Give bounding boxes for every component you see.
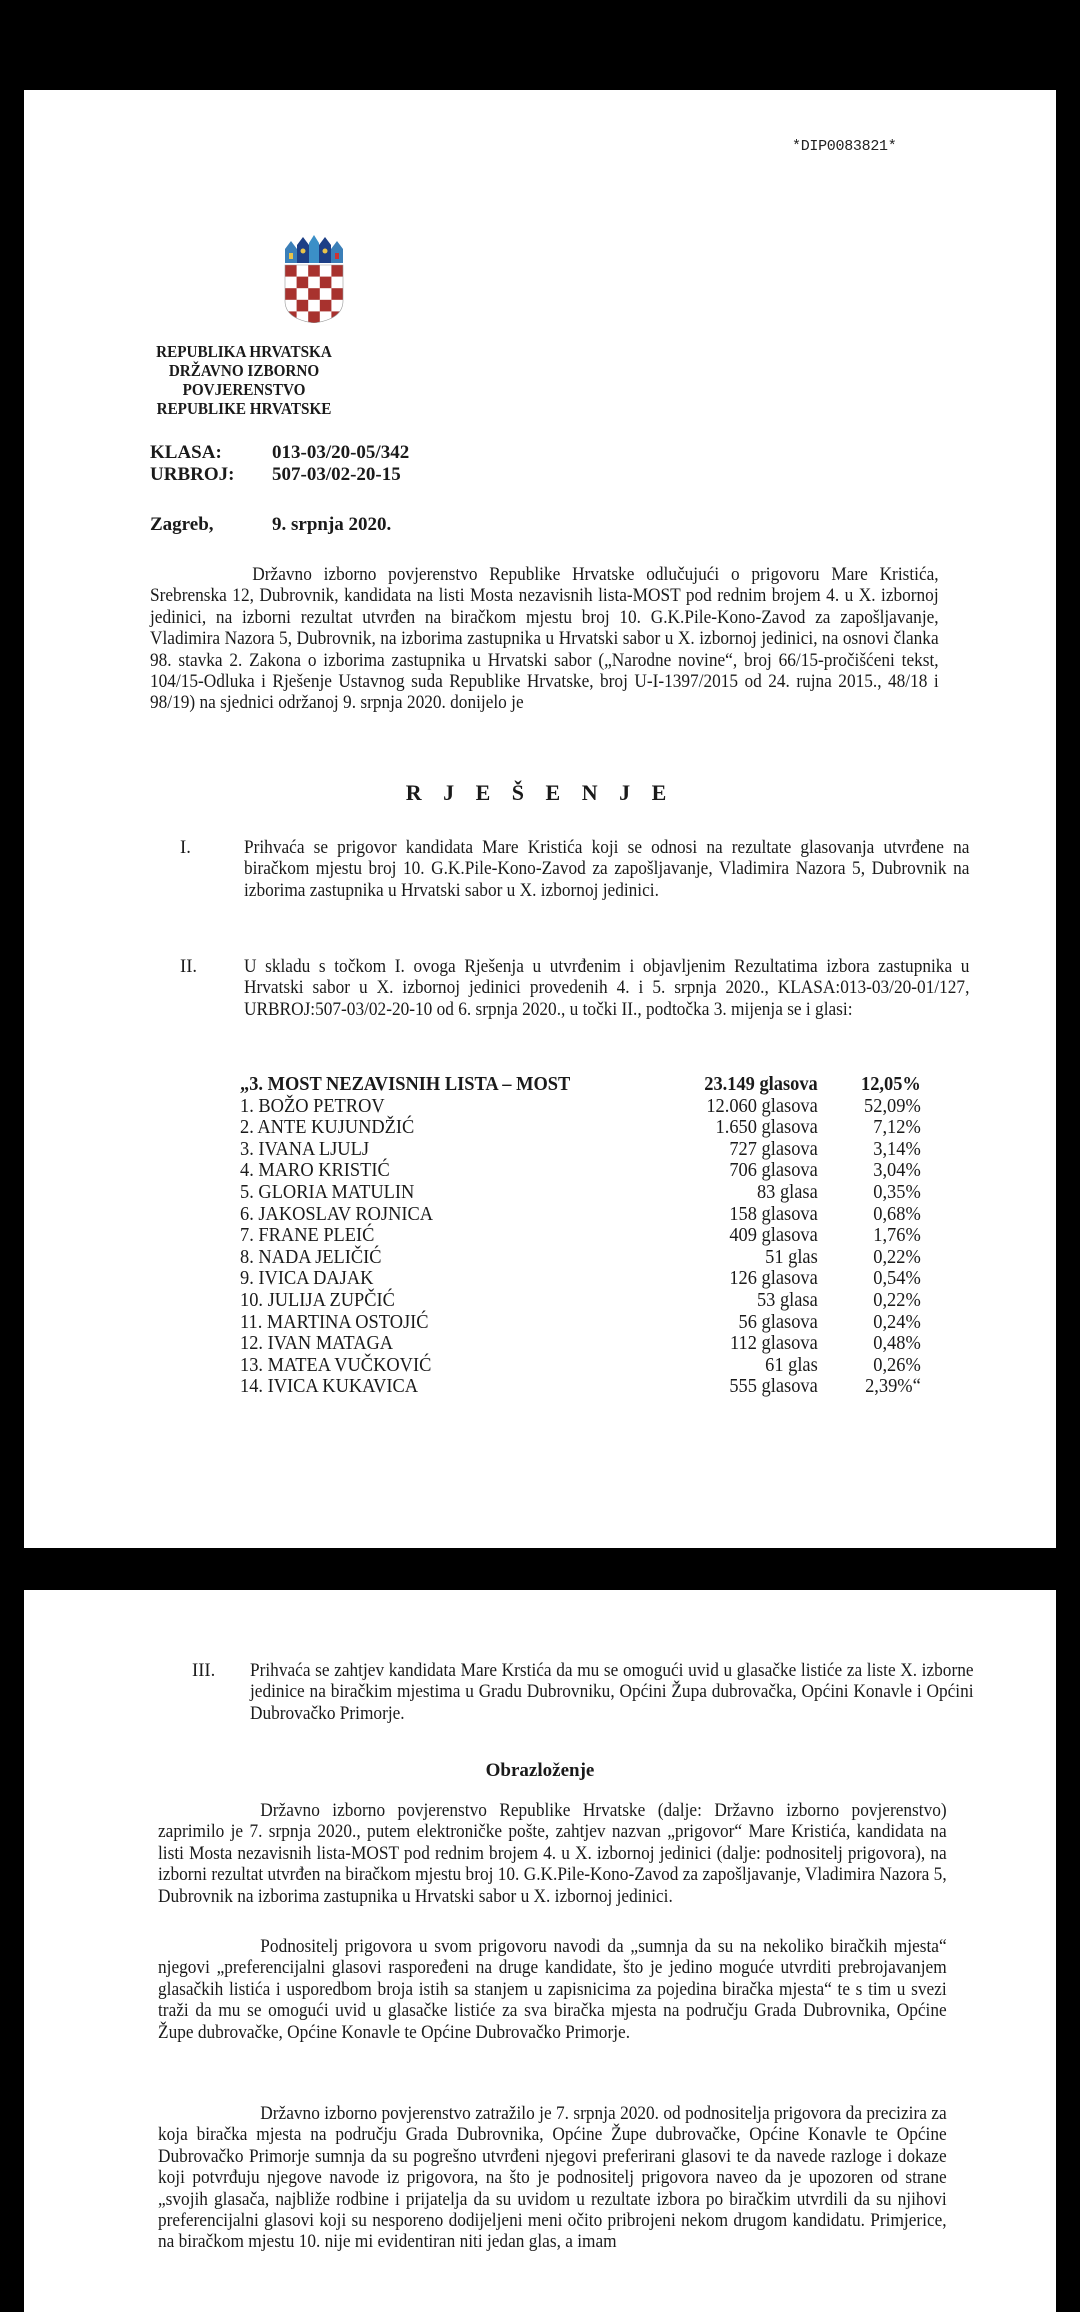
candidate-votes: 12.060 glasova: [706, 1096, 817, 1118]
klasa-row: KLASA:013-03/20-05/342: [150, 442, 409, 464]
candidate-name: 11. MARTINA OSTOJIĆ: [240, 1312, 429, 1334]
urbroj-label: URBROJ:: [150, 464, 272, 486]
candidate-row: 8. NADA JELIČIĆ51 glas0,22%: [240, 1247, 921, 1269]
candidate-row: 1. BOŽO PETROV12.060 glasova52,09%: [240, 1096, 921, 1118]
candidate-name: 9. IVICA DAJAK: [240, 1268, 373, 1290]
candidate-pct: 3,14%: [873, 1139, 921, 1161]
issuer-header: REPUBLIKA HRVATSKA DRŽAVNO IZBORNO POVJE…: [106, 342, 382, 418]
candidate-votes: 53 glasa: [757, 1290, 818, 1312]
results-table: „3. MOST NEZAVISNIH LISTA – MOST 23.149 …: [240, 1074, 921, 1398]
point-2-text: U skladu s točkom I. ovoga Rješenja u ut…: [244, 956, 969, 1020]
candidate-pct: 7,12%: [873, 1117, 921, 1139]
candidate-pct: 0,48%: [873, 1333, 921, 1355]
croatian-coat-of-arms-icon: [283, 235, 345, 323]
candidate-votes: 158 glasova: [729, 1204, 817, 1226]
decision-title: R J E Š E N J E: [24, 780, 1056, 806]
candidate-name: 5. GLORIA MATULIN: [240, 1182, 414, 1204]
candidate-name: 3. IVANA LJULJ: [240, 1139, 369, 1161]
candidate-votes: 706 glasova: [729, 1160, 817, 1182]
date-value: 9. srpnja 2020.: [272, 514, 391, 535]
candidate-row: 6. JAKOSLAV ROJNICA158 glasova0,68%: [240, 1204, 921, 1226]
results-list-row: „3. MOST NEZAVISNIH LISTA – MOST 23.149 …: [240, 1074, 921, 1096]
candidate-votes: 126 glasova: [729, 1268, 817, 1290]
intro-paragraph: Državno izborno povjerenstvo Republike H…: [150, 564, 939, 714]
candidate-pct: 3,04%: [873, 1160, 921, 1182]
barcode-id: *DIP0083821*: [792, 138, 896, 155]
candidate-row: 13. MATEA VUČKOVIĆ61 glas0,26%: [240, 1355, 921, 1377]
candidate-pct: 0,22%: [873, 1247, 921, 1269]
reasoning-paragraph-1: Državno izborno povjerenstvo Republike H…: [158, 1800, 947, 1907]
candidate-votes: 51 glas: [765, 1247, 818, 1269]
candidate-pct: 0,24%: [873, 1312, 921, 1334]
place-label: Zagreb,: [150, 514, 272, 536]
date-row: Zagreb,9. srpnja 2020.: [150, 514, 391, 536]
candidate-row: 7. FRANE PLEIĆ409 glasova1,76%: [240, 1225, 921, 1247]
point-2-number: II.: [180, 956, 197, 978]
list-votes: 23.149 glasova: [704, 1074, 817, 1096]
candidate-pct: 0,35%: [873, 1182, 921, 1204]
candidate-name: 6. JAKOSLAV ROJNICA: [240, 1204, 433, 1226]
point-3-text: Prihvaća se zahtjev kandidata Mare Krsti…: [250, 1660, 974, 1724]
point-1-text: Prihvaća se prigovor kandidata Mare Kris…: [244, 837, 969, 901]
candidate-votes: 83 glasa: [757, 1182, 818, 1204]
point-3-number: III.: [192, 1660, 215, 1682]
issuer-line-1: REPUBLIKA HRVATSKA: [106, 342, 382, 361]
candidate-pct: 0,26%: [873, 1355, 921, 1377]
reasoning-paragraph-2: Podnositelj prigovora u svom prigovoru n…: [158, 1936, 947, 2043]
candidate-row: 3. IVANA LJULJ727 glasova3,14%: [240, 1139, 921, 1161]
klasa-label: KLASA:: [150, 442, 272, 464]
candidate-row: 5. GLORIA MATULIN83 glasa0,35%: [240, 1182, 921, 1204]
candidate-row: 9. IVICA DAJAK126 glasova0,54%: [240, 1268, 921, 1290]
document-page-2: III. Prihvaća se zahtjev kandidata Mare …: [24, 1590, 1056, 2312]
candidate-name: 12. IVAN MATAGA: [240, 1333, 393, 1355]
candidate-pct: 0,22%: [873, 1290, 921, 1312]
candidate-votes: 409 glasova: [729, 1225, 817, 1247]
list-pct: 12,05%: [861, 1074, 921, 1096]
candidate-name: 1. BOŽO PETROV: [240, 1096, 385, 1118]
candidate-votes: 61 glas: [765, 1355, 818, 1377]
document-page-1: *DIP0083821*: [24, 90, 1056, 1548]
candidate-name: 2. ANTE KUJUNDŽIĆ: [240, 1117, 414, 1139]
candidate-pct: 1,76%: [873, 1225, 921, 1247]
candidate-votes: 727 glasova: [729, 1139, 817, 1161]
candidate-name: 14. IVICA KUKAVICA: [240, 1376, 418, 1398]
candidate-row: 2. ANTE KUJUNDŽIĆ1.650 glasova7,12%: [240, 1117, 921, 1139]
point-1-number: I.: [180, 837, 191, 859]
candidate-row: 12. IVAN MATAGA112 glasova0,48%: [240, 1333, 921, 1355]
candidate-votes: 1.650 glasova: [716, 1117, 818, 1139]
candidate-name: 8. NADA JELIČIĆ: [240, 1247, 382, 1269]
candidate-pct: 0,54%: [873, 1268, 921, 1290]
candidate-name: 13. MATEA VUČKOVIĆ: [240, 1355, 431, 1377]
list-name: „3. MOST NEZAVISNIH LISTA – MOST: [240, 1074, 570, 1096]
issuer-line-3: REPUBLIKE HRVATSKE: [106, 399, 382, 418]
klasa-value: 013-03/20-05/342: [272, 442, 409, 463]
issuer-line-2: DRŽAVNO IZBORNO POVJERENSTVO: [106, 361, 382, 399]
candidate-name: 7. FRANE PLEIĆ: [240, 1225, 374, 1247]
candidate-name: 4. MARO KRISTIĆ: [240, 1160, 390, 1182]
candidate-pct: 2,39%“: [865, 1376, 921, 1398]
candidate-votes: 112 glasova: [730, 1333, 818, 1355]
candidate-votes: 56 glasova: [739, 1312, 818, 1334]
candidate-row: 11. MARTINA OSTOJIĆ56 glasova0,24%: [240, 1312, 921, 1334]
candidate-name: 10. JULIJA ZUPČIĆ: [240, 1290, 395, 1312]
reasoning-title: Obrazloženje: [24, 1760, 1056, 1782]
candidate-row: 10. JULIJA ZUPČIĆ53 glasa0,22%: [240, 1290, 921, 1312]
urbroj-row: URBROJ:507-03/02-20-15: [150, 464, 401, 486]
candidate-row: 4. MARO KRISTIĆ706 glasova3,04%: [240, 1160, 921, 1182]
candidate-pct: 52,09%: [864, 1096, 921, 1118]
reasoning-paragraph-3: Državno izborno povjerenstvo zatražilo j…: [158, 2103, 947, 2253]
candidate-row: 14. IVICA KUKAVICA555 glasova2,39%“: [240, 1376, 921, 1398]
candidate-pct: 0,68%: [873, 1204, 921, 1226]
urbroj-value: 507-03/02-20-15: [272, 464, 401, 485]
candidate-votes: 555 glasova: [729, 1376, 817, 1398]
